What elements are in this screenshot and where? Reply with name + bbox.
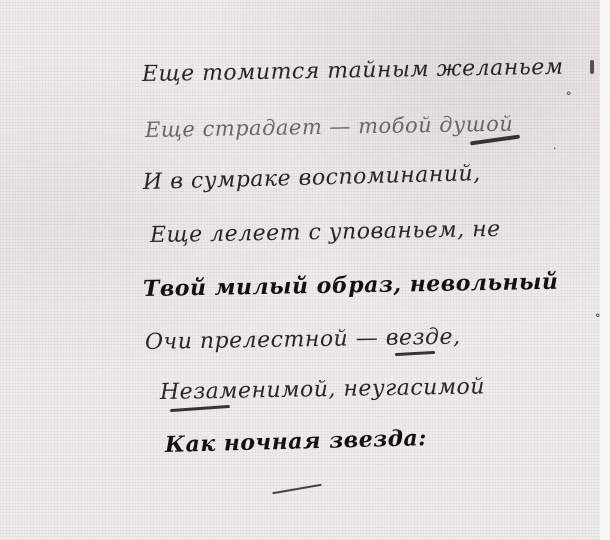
manuscript-line-7: Незаменимой, неугасимой <box>160 374 485 405</box>
manuscript-line-1: Еще томится тайным желаньем <box>142 55 564 87</box>
manuscript-line-3: И в сумраке воспоминаний, <box>143 161 481 195</box>
superscript-mark: ° <box>566 90 572 103</box>
manuscript-line-4: Еще лелеет с упованьем, не <box>150 217 501 248</box>
ink-stroke-mark <box>272 484 322 495</box>
ink-underline-mark <box>170 405 230 412</box>
ink-underline-mark <box>395 351 435 356</box>
manuscript-line-6: Очи прелестной — везде, <box>145 324 461 355</box>
manuscript-line-5: Твой милый образ, невольный <box>143 269 559 302</box>
superscript-mark: · <box>553 142 557 155</box>
manuscript-line-8: Как ночная звезда: <box>165 425 428 458</box>
ink-stroke-mark <box>590 60 594 74</box>
scan-edge <box>600 0 610 540</box>
manuscript-page: Еще томится тайным желаньем Еще страдает… <box>0 0 600 540</box>
manuscript-line-2: Еще страдает — тобой душой <box>145 112 514 142</box>
